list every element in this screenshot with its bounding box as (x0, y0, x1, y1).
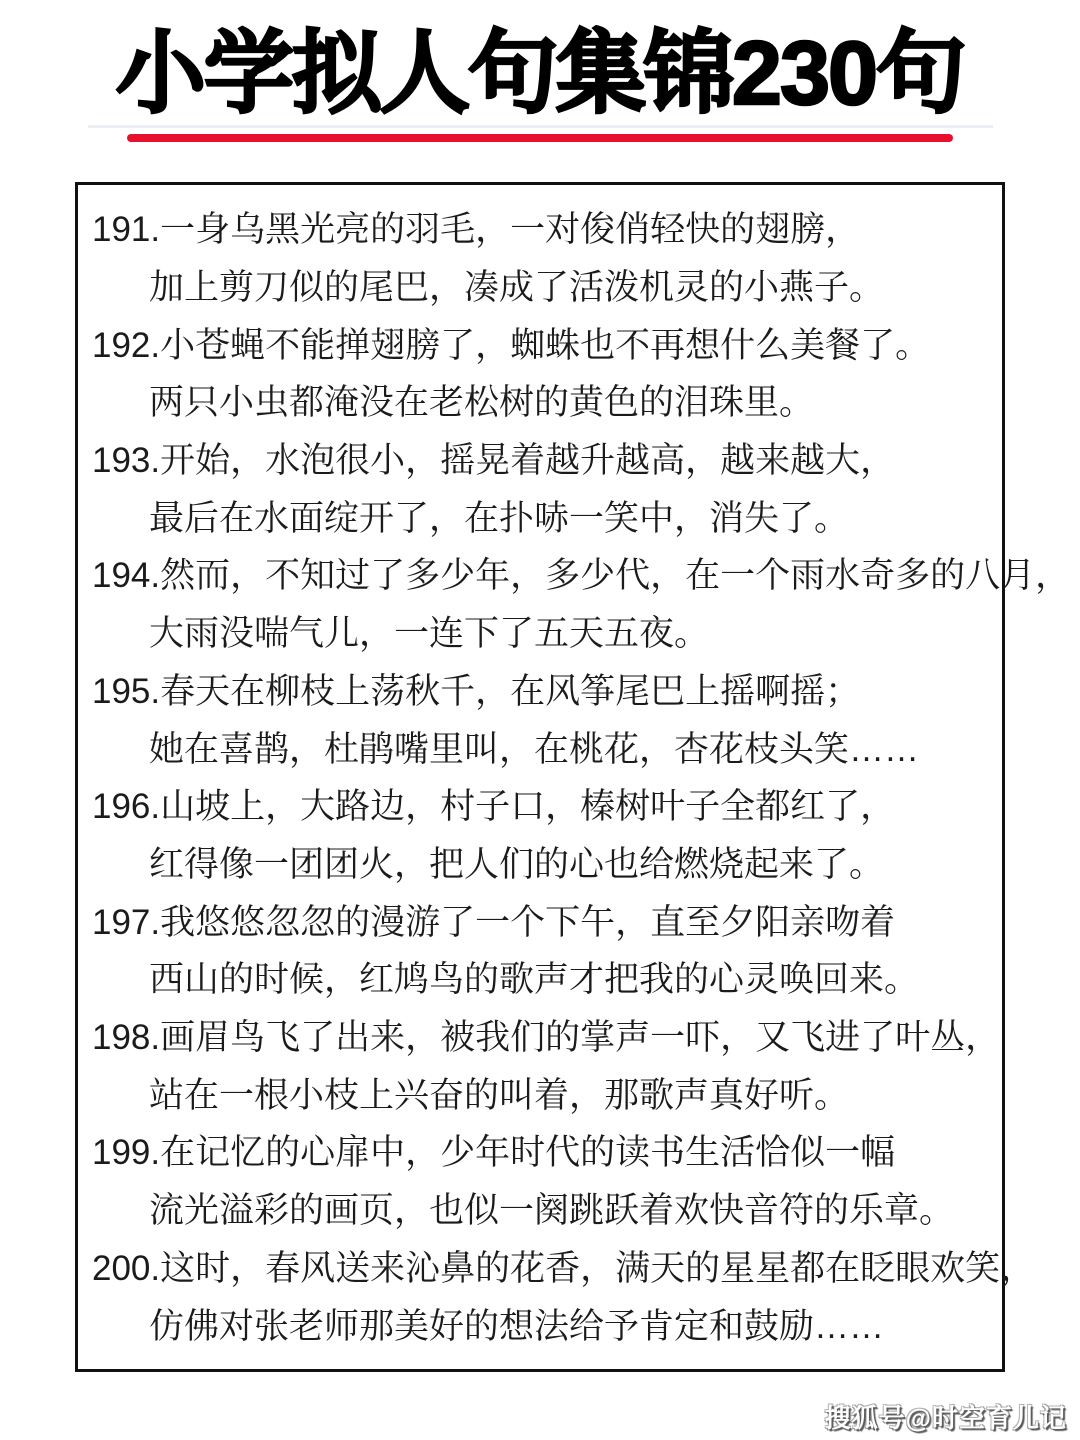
item-text: 画眉鸟飞了出来，被我们的掌声一吓，又飞进了叶丛， (160, 1018, 1000, 1057)
item-line-1: 191.一身乌黑光亮的羽毛，一对俊俏轻快的翅膀， (92, 201, 992, 259)
item-line-1: 195.春天在柳枝上荡秋千，在风筝尾巴上摇啊摇； (92, 663, 992, 721)
item-text: 小苍蝇不能掸翅膀了，蜘蛛也不再想什么美餐了。 (160, 326, 930, 365)
page-title: 小学拟人句集锦230句 (0, 26, 1080, 123)
item-line-2: 最后在水面绽开了，在扑哧一笑中，消失了。 (92, 490, 992, 548)
item-line-2: 她在喜鹊，杜鹃嘴里叫，在桃花，杏花枝头笑…… (92, 721, 992, 779)
item-text: 一身乌黑光亮的羽毛，一对俊俏轻快的翅膀， (160, 210, 860, 249)
item-line-1: 198.画眉鸟飞了出来，被我们的掌声一吓，又飞进了叶丛， (92, 1009, 992, 1067)
item-line-1: 193.开始，水泡很小，摇晃着越升越高，越来越大， (92, 432, 992, 490)
item-number: 197. (92, 903, 160, 942)
item-line-1: 197.我悠悠忽忽的漫游了一个下午，直至夕阳亲吻着 (92, 894, 992, 952)
document-page: 小学拟人句集锦230句 191.一身乌黑光亮的羽毛，一对俊俏轻快的翅膀， 加上剪… (0, 0, 1080, 1440)
faint-divider (88, 125, 993, 128)
item-line-2: 西山的时候，红鸠鸟的歌声才把我的心灵唤回来。 (92, 951, 992, 1009)
title-underline (127, 134, 953, 142)
item-line-2: 加上剪刀似的尾巴，凑成了活泼机灵的小燕子。 (92, 259, 992, 317)
watermark: 搜狐号@时空育儿记 (825, 1398, 1067, 1435)
item-number: 199. (92, 1133, 160, 1172)
item-line-2: 仿佛对张老师那美好的想法给予肯定和鼓励…… (92, 1298, 992, 1356)
item-number: 193. (92, 441, 160, 480)
item-line-2: 红得像一团团火，把人们的心也给燃烧起来了。 (92, 836, 992, 894)
item-line-2: 站在一根小枝上兴奋的叫着，那歌声真好听。 (92, 1067, 992, 1125)
item-line-1: 200.这时，春风送来沁鼻的花香，满天的星星都在眨眼欢笑， (92, 1240, 992, 1298)
item-number: 191. (92, 210, 160, 249)
item-text: 这时，春风送来沁鼻的花香，满天的星星都在眨眼欢笑， (160, 1249, 1035, 1288)
list-item: 194.然而，不知过了多少年，多少代，在一个雨水奇多的八月， 大雨没喘气儿，一连… (92, 547, 992, 662)
list-item: 192.小苍蝇不能掸翅膀了，蜘蛛也不再想什么美餐了。 两只小虫都淹没在老松树的黄… (92, 317, 992, 432)
item-line-2: 两只小虫都淹没在老松树的黄色的泪珠里。 (92, 374, 992, 432)
item-line-1: 199.在记忆的心扉中，少年时代的读书生活恰似一幅 (92, 1124, 992, 1182)
list-item: 191.一身乌黑光亮的羽毛，一对俊俏轻快的翅膀， 加上剪刀似的尾巴，凑成了活泼机… (92, 201, 992, 316)
list-item: 195.春天在柳枝上荡秋千，在风筝尾巴上摇啊摇； 她在喜鹊，杜鹃嘴里叫，在桃花，… (92, 663, 992, 778)
item-line-1: 196.山坡上，大路边，村子口，榛树叶子全都红了， (92, 778, 992, 836)
sentence-list-box: 191.一身乌黑光亮的羽毛，一对俊俏轻快的翅膀， 加上剪刀似的尾巴，凑成了活泼机… (75, 182, 1005, 1372)
list-item: 193.开始，水泡很小，摇晃着越升越高，越来越大， 最后在水面绽开了，在扑哧一笑… (92, 432, 992, 547)
item-line-1: 194.然而，不知过了多少年，多少代，在一个雨水奇多的八月， (92, 547, 992, 605)
item-text: 山坡上，大路边，村子口，榛树叶子全都红了， (160, 787, 895, 826)
item-number: 192. (92, 326, 160, 365)
item-text: 在记忆的心扉中，少年时代的读书生活恰似一幅 (160, 1133, 895, 1172)
item-line-1: 192.小苍蝇不能掸翅膀了，蜘蛛也不再想什么美餐了。 (92, 317, 992, 375)
item-text: 然而，不知过了多少年，多少代，在一个雨水奇多的八月， (160, 556, 1070, 595)
list-item: 196.山坡上，大路边，村子口，榛树叶子全都红了， 红得像一团团火，把人们的心也… (92, 778, 992, 893)
list-item: 199.在记忆的心扉中，少年时代的读书生活恰似一幅 流光溢彩的画页，也似一阕跳跃… (92, 1124, 992, 1239)
item-number: 196. (92, 787, 160, 826)
item-text: 春天在柳枝上荡秋千，在风筝尾巴上摇啊摇； (160, 672, 860, 711)
item-text: 我悠悠忽忽的漫游了一个下午，直至夕阳亲吻着 (160, 903, 895, 942)
item-number: 200. (92, 1249, 160, 1288)
item-number: 195. (92, 672, 160, 711)
item-line-2: 大雨没喘气儿，一连下了五天五夜。 (92, 605, 992, 663)
item-line-2: 流光溢彩的画页，也似一阕跳跃着欢快音符的乐章。 (92, 1182, 992, 1240)
item-number: 198. (92, 1018, 160, 1057)
item-number: 194. (92, 556, 160, 595)
list-item: 198.画眉鸟飞了出来，被我们的掌声一吓，又飞进了叶丛， 站在一根小枝上兴奋的叫… (92, 1009, 992, 1124)
item-text: 开始，水泡很小，摇晃着越升越高，越来越大， (160, 441, 895, 480)
list-item: 200.这时，春风送来沁鼻的花香，满天的星星都在眨眼欢笑， 仿佛对张老师那美好的… (92, 1240, 992, 1355)
list-item: 197.我悠悠忽忽的漫游了一个下午，直至夕阳亲吻着 西山的时候，红鸠鸟的歌声才把… (92, 894, 992, 1009)
